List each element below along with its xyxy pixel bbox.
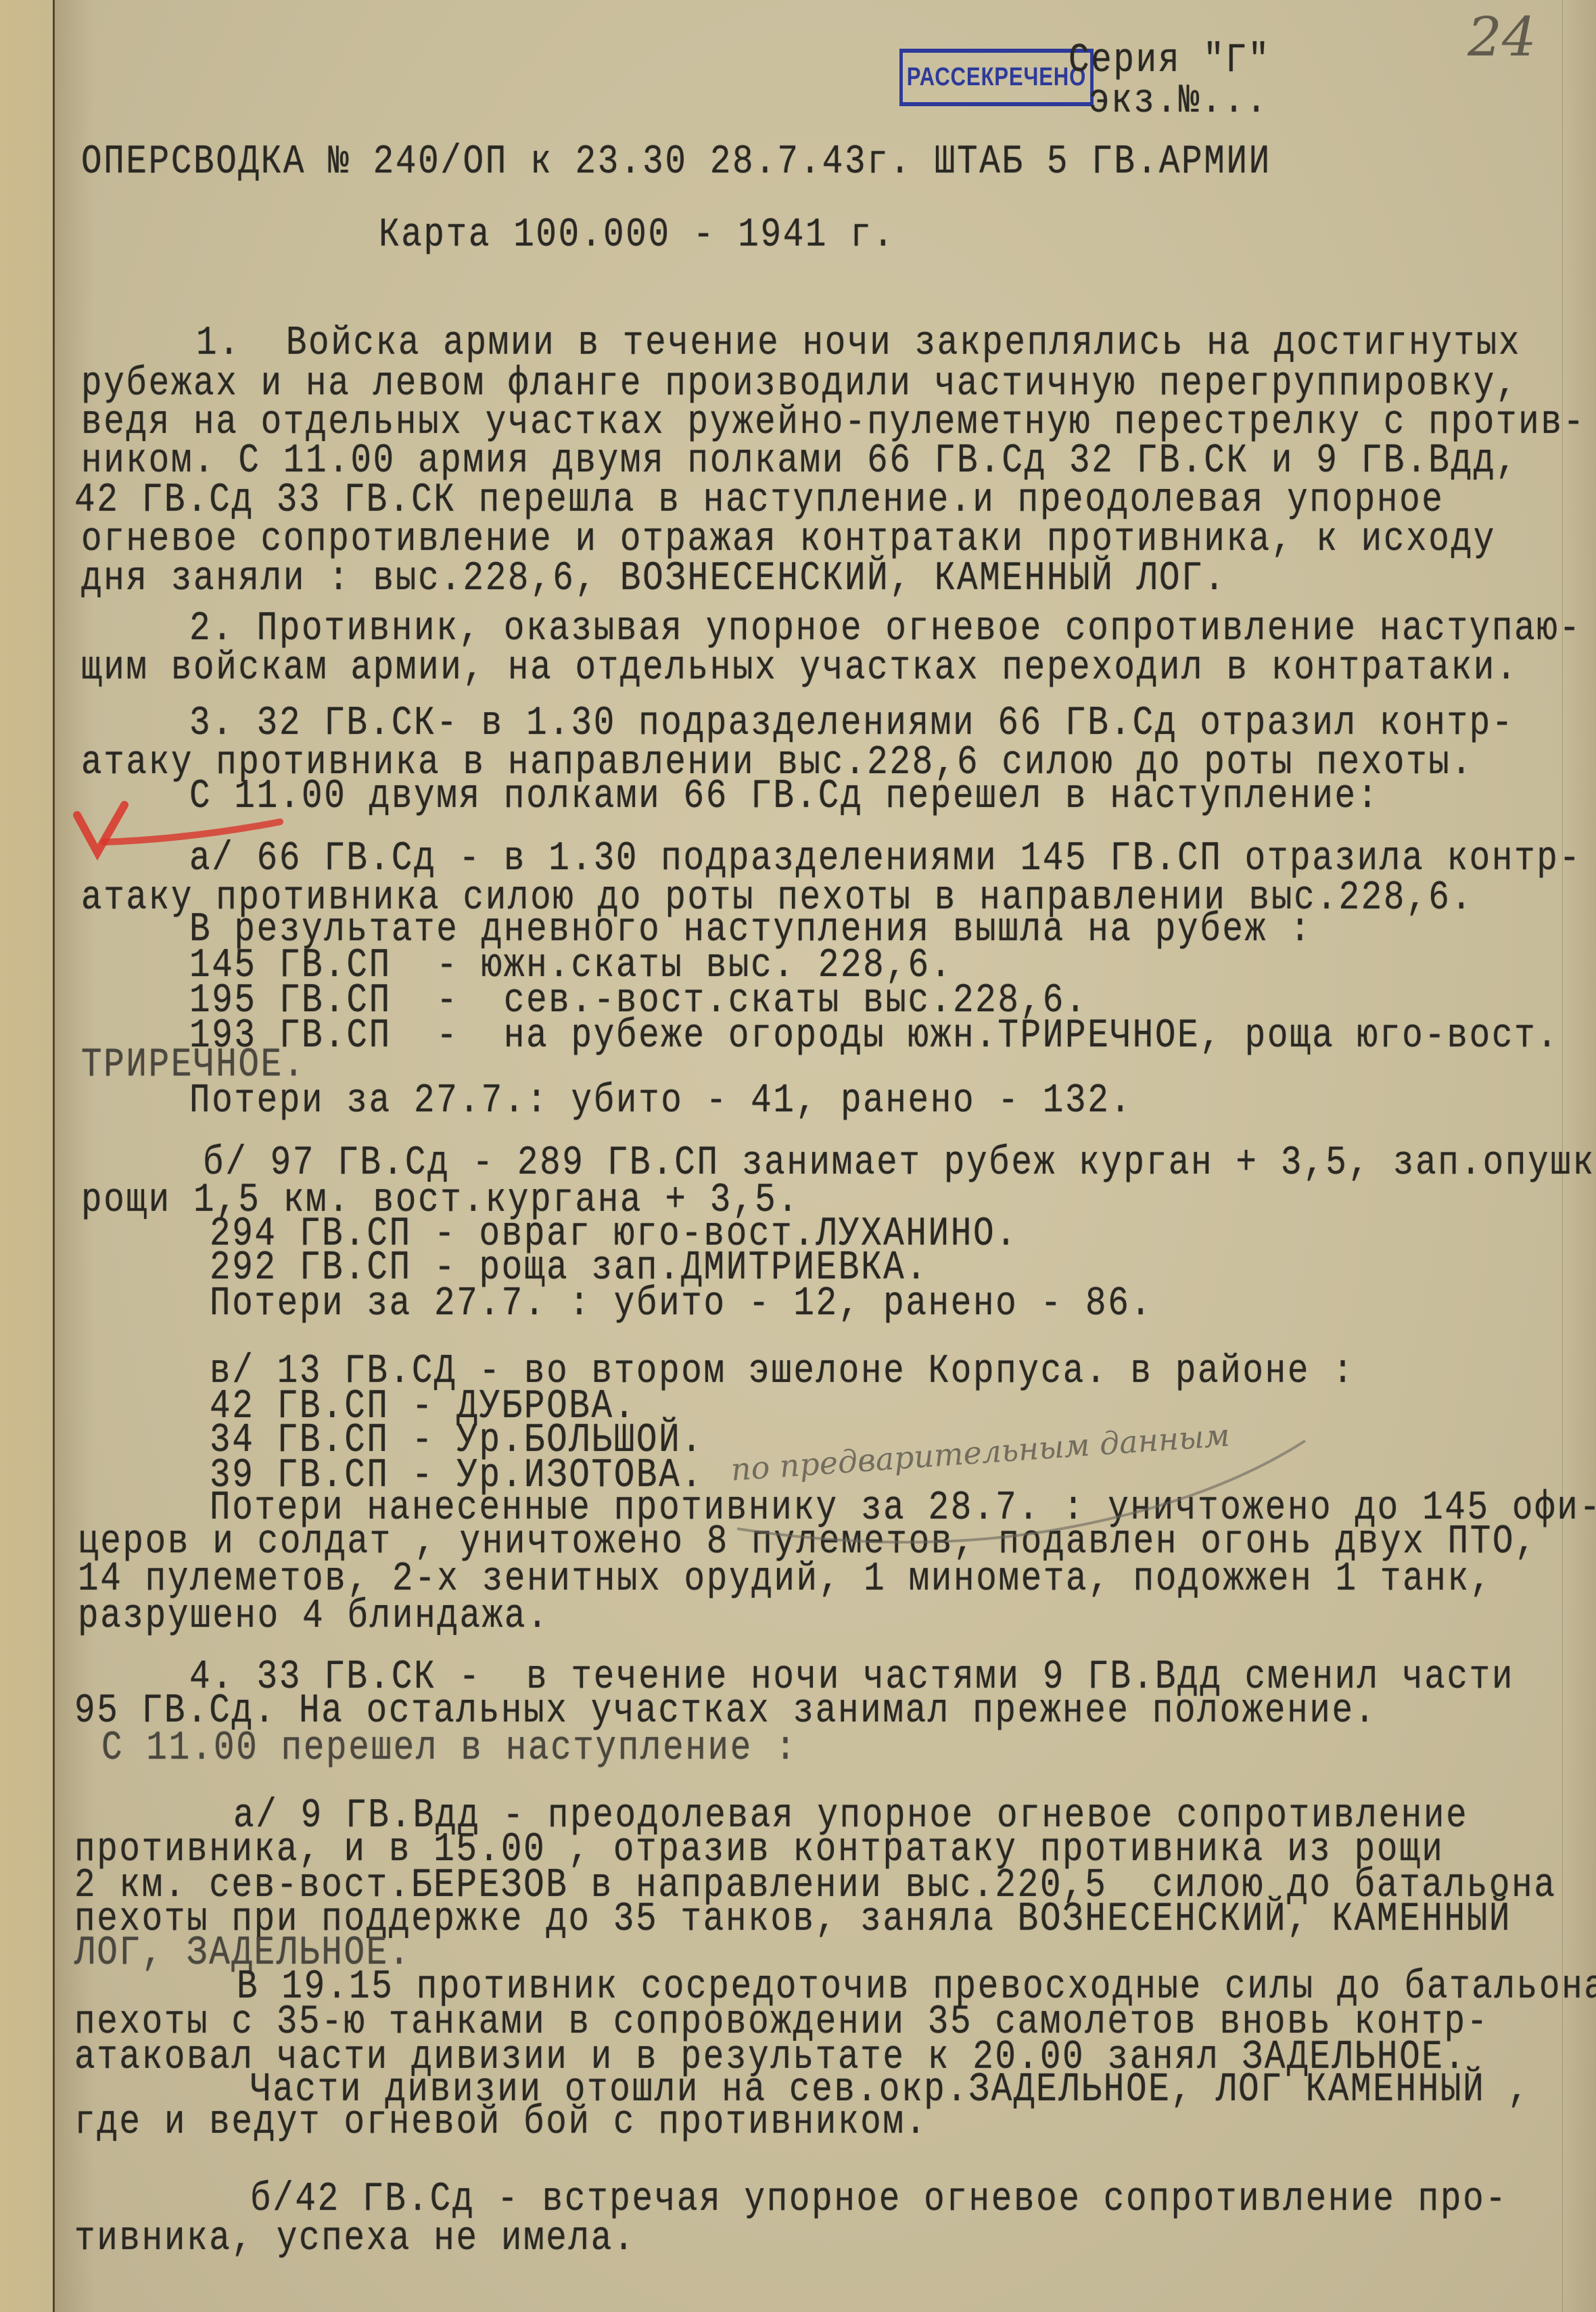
text-line: 3. 32 ГВ.СК- в 1.30 подразделениями 66 Г… — [189, 703, 1514, 744]
text-line: щим войскам армии, на отдельных участках… — [81, 648, 1518, 689]
series-label: Серия "Г" — [1069, 41, 1271, 81]
text-line: огневое сопротивление и отражая контрата… — [81, 519, 1496, 560]
text-line: Потери за 27.7. : убито - 12, ранено - 8… — [210, 1284, 1153, 1324]
binding-margin — [0, 0, 53, 2312]
folio-number: 24 — [1468, 5, 1536, 68]
text-line: Потери за 27.7.: убито - 41, ранено - 13… — [189, 1081, 1133, 1122]
text-line: 42 ГВ.Сд 33 ГВ.СК перешла в наступление.… — [74, 480, 1445, 521]
text-line: ником. С 11.00 армия двумя полками 66 ГВ… — [81, 441, 1518, 482]
document-title: ОПЕРСВОДКА № 240/ОП к 23.30 28.7.43г. ШТ… — [81, 142, 1271, 183]
copy-number-label: экз.№... — [1089, 81, 1269, 122]
text-line: дня заняли : выс.228,6, ВОЗНЕСЕНСКИЙ, КА… — [81, 559, 1226, 599]
text-line: где и ведут огневой бой с противником. — [74, 2102, 928, 2143]
text-line: С 11.00 перешел в наступление : — [101, 1728, 797, 1769]
stamp-label: РАССЕКРЕЧЕНО — [907, 63, 1086, 92]
text-line: С 11.00 двумя полками 66 ГВ.Сд перешел в… — [189, 777, 1380, 817]
map-reference: Карта 100.000 - 1941 г. — [379, 215, 895, 256]
text-line: а/ 66 ГВ.Сд - в 1.30 подразделениями 145… — [189, 839, 1582, 879]
text-line: ведя на отдельных участках ружейно-пулем… — [81, 402, 1586, 443]
declassified-stamp: РАССЕКРЕЧЕНО — [899, 49, 1094, 106]
text-line: 1. Войска армии в течение ночи закреплял… — [196, 323, 1521, 364]
text-line: тивника, успеха не имела. — [74, 2219, 636, 2259]
text-line: рубежах и на левом фланге производили ча… — [81, 364, 1518, 404]
text-line: 193 ГВ.СП - на рубеже огороды южн.ТРИРЕЧ… — [189, 1016, 1559, 1057]
text-line: разрушено 4 блиндажа. — [78, 1596, 549, 1637]
text-line: 2. Противник, оказывая упорное огневое с… — [189, 609, 1582, 649]
text-line: б/42 ГВ.Сд - встречая упорное огневое со… — [250, 2179, 1507, 2220]
